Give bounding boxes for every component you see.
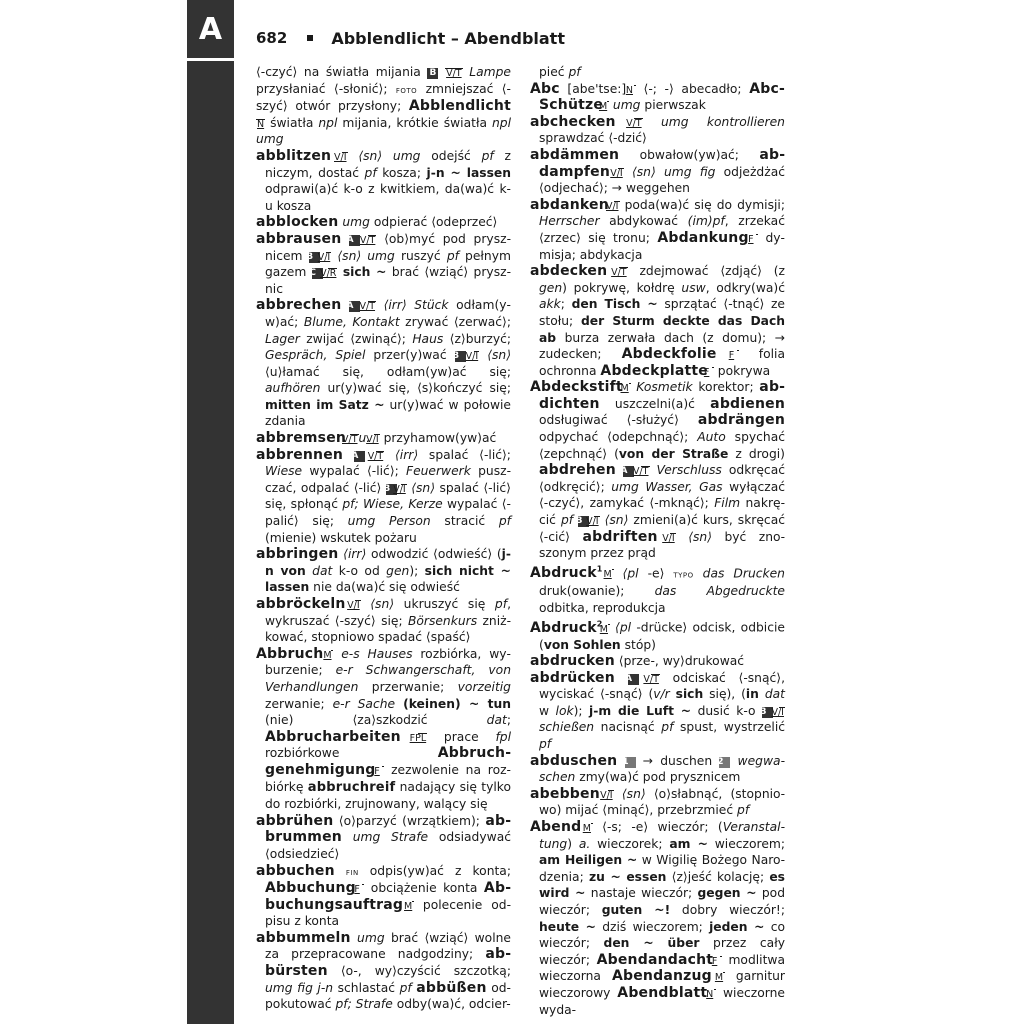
pos-tag: F	[720, 956, 722, 967]
pos-tag: V/I	[374, 434, 380, 445]
dictionary-entry-continuation: pieć pf	[530, 64, 785, 81]
pos-tag: F	[362, 884, 364, 895]
pos-tag: F	[737, 350, 739, 361]
pos-tag: M	[723, 972, 725, 983]
pos-tag: V/I	[779, 707, 785, 718]
dictionary-entry: abbrennen A V/T ⟨irr⟩ spalać ⟨-lić⟩; Wie…	[256, 447, 511, 547]
pos-tag: M	[608, 624, 610, 635]
dictionary-entry: abdanken V/I poda(wa)ć się do dymisji; H…	[530, 197, 785, 263]
pos-tag: V/I	[474, 351, 480, 362]
dictionary-entry: abchecken V/T umg kontrollieren sprawdza…	[530, 114, 785, 147]
dictionary-entry: abdrucken ⟨prze-, wy⟩drukować	[530, 653, 785, 670]
pos-tag: V/T	[651, 674, 660, 685]
sense-marker: A	[628, 674, 639, 685]
dictionary-entry: Abc [abe'tse:] N ⟨-; -⟩ abecadło; Abc­-S…	[530, 81, 785, 114]
pos-tag: V/T	[368, 235, 377, 246]
pos-tag: V/I	[326, 252, 332, 263]
dictionary-entry: abblitzen V/I ⟨sn⟩ umg odejść pf z niczy…	[256, 148, 511, 214]
dictionary-entry: abblocken umg odpierać ⟨odeprzeć⟩	[256, 214, 511, 231]
dictionary-entry: abdämmen obwałow(yw)ać; ab­dampfen V/I ⟨…	[530, 147, 785, 197]
pos-tag: V/I	[401, 484, 407, 495]
pos-tag: F	[756, 234, 758, 245]
bullet-separator	[307, 35, 313, 41]
pos-tag: V/I	[342, 152, 348, 163]
dictionary-entry: abdrücken A V/T odciskać ⟨-snąć⟩, wycisk…	[530, 670, 785, 753]
dictionary-entry: Abend M ⟨-s; -e⟩ wieczór; (Veranstal­tun…	[530, 819, 785, 1018]
pos-tag: V/I	[355, 600, 361, 611]
sense-marker: 1	[625, 757, 636, 768]
sense-marker: A	[349, 301, 360, 312]
left-column: ⟨-czyć⟩ na światła mijania B V/T Lampe p…	[256, 64, 511, 1013]
sense-marker: 2	[719, 757, 730, 768]
dictionary-entry: Abdeckstift M Kosmetik korektor; ab­dich…	[530, 379, 785, 562]
pos-tag: V/T	[445, 68, 463, 79]
dictionary-entry: abbringen ⟨irr⟩ odwodzić ⟨odwieść⟩ (j-n …	[256, 546, 511, 596]
pos-tag: M	[591, 823, 593, 834]
pos-tag: M	[412, 901, 414, 912]
dictionary-entry: abdecken V/T zdejmować ⟨zdjąć⟩ (z gen) p…	[530, 263, 785, 379]
pos-tag: V/I	[618, 168, 624, 179]
pos-tag: F	[712, 367, 714, 378]
pos-tag: N	[714, 989, 716, 1000]
pos-tag: V/T	[376, 451, 385, 462]
dictionary-entry: abbrechen A V/T ⟨irr⟩ Stück odłam(y­w)ać…	[256, 297, 511, 430]
sense-marker: A	[349, 235, 360, 246]
pos-tag: V/T	[634, 118, 643, 129]
page-number: 682	[256, 29, 287, 47]
dictionary-entry: Abdruck1 M ⟨pl -e⟩ typo das Drucken druk…	[530, 562, 785, 616]
pos-tag: V/T	[619, 267, 628, 278]
pos-tag: V/I	[670, 533, 676, 544]
pos-tag: M	[331, 650, 333, 661]
pos-tag: M	[629, 383, 631, 394]
dictionary-entry: abbrühen ⟨o⟩parzyć (wrzątkiem); ab­brumm…	[256, 813, 511, 863]
dictionary-entry: abebben V/I ⟨sn⟩ ⟨o⟩słabnąć, (stopnio­wo…	[530, 786, 785, 819]
pos-tag: V/I	[614, 201, 620, 212]
pos-tag: V/I	[608, 790, 614, 801]
dictionary-entry: abduschen 1 → duschen 2 wegwa­schen zmy(…	[530, 753, 785, 786]
dictionary-entry: abbröckeln V/I ⟨sn⟩ ukruszyć się pf, wyk…	[256, 596, 511, 646]
pos-tag: N	[634, 85, 636, 96]
pos-tag: V/T	[641, 466, 650, 477]
dictionary-entry: abbummeln umg brać ⟨wziąć⟩ wolne za prze…	[256, 930, 511, 1013]
pos-tag: M	[612, 569, 614, 580]
running-head: Abblendlicht – Abendblatt	[331, 29, 565, 48]
right-column: pieć pf Abc [abe'tse:] N ⟨-; -⟩ abecadło…	[530, 64, 785, 1018]
dictionary-entry: Abdruck2 M ⟨pl -drücke⟩ odcisk, od­bicie…	[530, 616, 785, 653]
pos-tag: M	[607, 101, 609, 112]
pos-tag: V/T	[368, 301, 377, 312]
sense-marker: B	[455, 351, 466, 362]
pos-tag: F	[382, 766, 384, 777]
pos-tag: V/T	[350, 434, 359, 445]
thumb-index-bar	[187, 61, 234, 1024]
dictionary-entry: abbremsen V/Tu. V/I przyhamow(yw)ać	[256, 430, 511, 447]
page-header: 682 Abblendlicht – Abendblatt	[256, 24, 565, 52]
dictionary-entry: abbrausen A V/T ⟨ob⟩myć pod prysz­nicem …	[256, 231, 511, 297]
pos-tag: V/I	[594, 516, 600, 527]
dictionary-entry: Abbruch M e-s Hauses rozbiórka, wy­burze…	[256, 646, 511, 813]
thumb-index-tab: A	[187, 0, 234, 58]
thumb-index-letter: A	[199, 12, 222, 47]
pos-tag: V/R	[328, 268, 337, 279]
sense-marker: A	[354, 451, 365, 462]
dictionary-entry: ⟨-czyć⟩ na światła mijania B V/T Lampe p…	[256, 64, 511, 148]
pos-tag: N	[256, 119, 265, 130]
dictionary-entry: abbuchen fin odpis(yw)ać z konta; Abbuch…	[256, 863, 511, 930]
sense-marker: B	[427, 68, 438, 79]
pos-tag: FPL	[418, 733, 428, 744]
